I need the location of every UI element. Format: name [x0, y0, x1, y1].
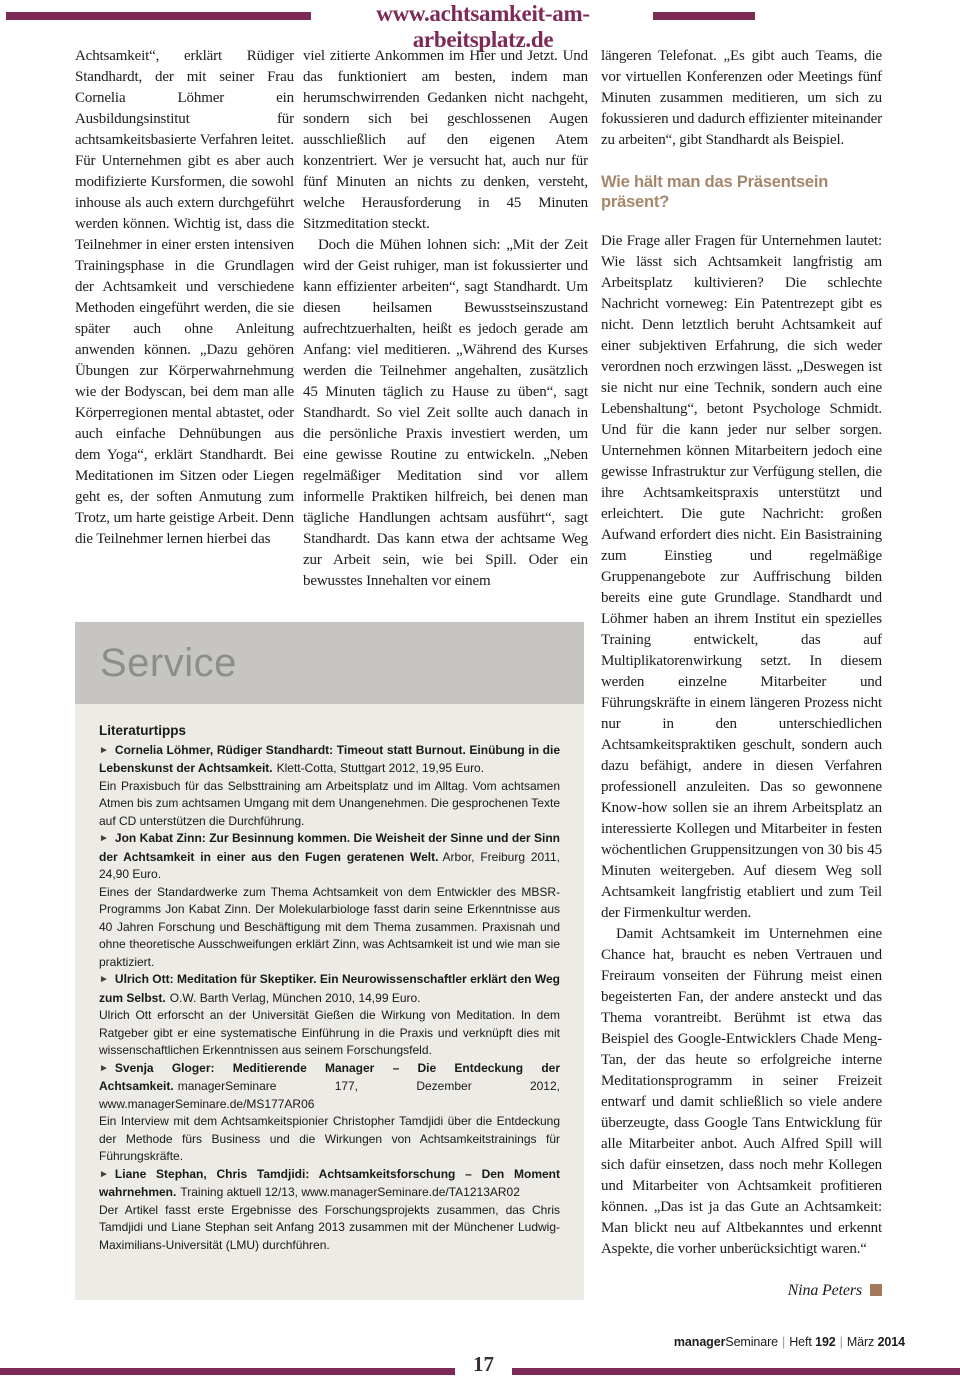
literature-tips-heading: Literaturtipps [99, 722, 560, 740]
issue-label: Heft [789, 1335, 812, 1349]
footer-rule-left [0, 1368, 455, 1375]
entry-description: Ulrich Ott erforscht an der Universität … [99, 1007, 560, 1060]
entry-description: Der Artikel fasst erste Ergebnisse des F… [99, 1202, 560, 1255]
header-rule-left [6, 12, 311, 20]
service-title: Service [75, 622, 584, 686]
entry-meta: Klett-Cotta, Stuttgart 2012, 19,95 Euro. [277, 761, 484, 775]
service-box: Service Literaturtipps ►Cornelia Löhmer,… [75, 622, 584, 1300]
article-paragraph: viel zitierte Ankommen im Hier und Jetzt… [303, 46, 588, 235]
literature-entry: ►Cornelia Löhmer, Rüdiger Standhardt: Ti… [99, 742, 560, 778]
article-paragraph: Die Frage aller Fragen für Unternehmen l… [601, 231, 882, 924]
article-column-1: Achtsamkeit“, erklärt Rüdiger Standhardt… [75, 46, 294, 622]
literature-entry: ►Ulrich Ott: Meditation für Skeptiker. E… [99, 971, 560, 1007]
service-literature-list: Literaturtipps ►Cornelia Löhmer, Rüdiger… [75, 704, 584, 1300]
footer-rule-right [512, 1368, 960, 1375]
list-arrow-icon: ► [99, 1063, 109, 1074]
list-arrow-icon: ► [99, 1169, 109, 1180]
article-paragraph: Achtsamkeit“, erklärt Rüdiger Standhardt… [75, 46, 294, 550]
author-byline: Nina Peters [601, 1280, 882, 1301]
article-paragraph: Damit Achtsamkeit im Unternehmen eine Ch… [601, 924, 882, 1260]
list-arrow-icon: ► [99, 974, 109, 985]
service-header-band: Service [75, 622, 584, 704]
issue-year: 2014 [878, 1335, 905, 1349]
brand-light: Seminare [725, 1335, 778, 1349]
section-heading: Wie hält man das Präsentsein präsent? [601, 172, 882, 212]
author-name: Nina Peters [788, 1282, 862, 1299]
end-of-article-square-icon [870, 1284, 882, 1296]
article-column-2: viel zitierte Ankommen im Hier und Jetzt… [303, 46, 588, 622]
header-rule-right [653, 12, 755, 20]
entry-description: Ein Praxisbuch für das Selbsttraining am… [99, 778, 560, 831]
entry-description: Eines der Standardwerke zum Thema Achtsa… [99, 884, 560, 972]
magazine-page: www.achtsamkeit-am-arbeitsplatz.de Achts… [0, 0, 960, 1385]
brand-bold: manager [674, 1335, 725, 1349]
magazine-credit: managerSeminare|Heft 192|März 2014 [674, 1335, 905, 1349]
article-column-3: längeren Telefonat. „Es gibt auch Teams,… [601, 46, 882, 1301]
literature-entry: ►Liane Stephan, Chris Tamdjidi: Achtsamk… [99, 1166, 560, 1202]
list-arrow-icon: ► [99, 745, 109, 756]
article-paragraph: Doch die Mühen lohnen sich: „Mit der Zei… [303, 235, 588, 592]
credit-separator: | [782, 1335, 785, 1349]
literature-entry: ►Svenja Gloger: Meditierende Manager – D… [99, 1060, 560, 1114]
entry-description: Ein Interview mit dem Achtsamkeitspionie… [99, 1113, 560, 1166]
list-arrow-icon: ► [99, 833, 109, 844]
article-paragraph: längeren Telefonat. „Es gibt auch Teams,… [601, 46, 882, 151]
issue-number: 192 [815, 1335, 836, 1349]
credit-separator: | [840, 1335, 843, 1349]
literature-entry: ►Jon Kabat Zinn: Zur Besinnung kommen. D… [99, 830, 560, 884]
issue-month: März [847, 1335, 874, 1349]
entry-meta: O.W. Barth Verlag, München 2010, 14,99 E… [170, 991, 421, 1005]
entry-meta: Training aktuell 12/13, www.managerSemin… [180, 1185, 520, 1199]
